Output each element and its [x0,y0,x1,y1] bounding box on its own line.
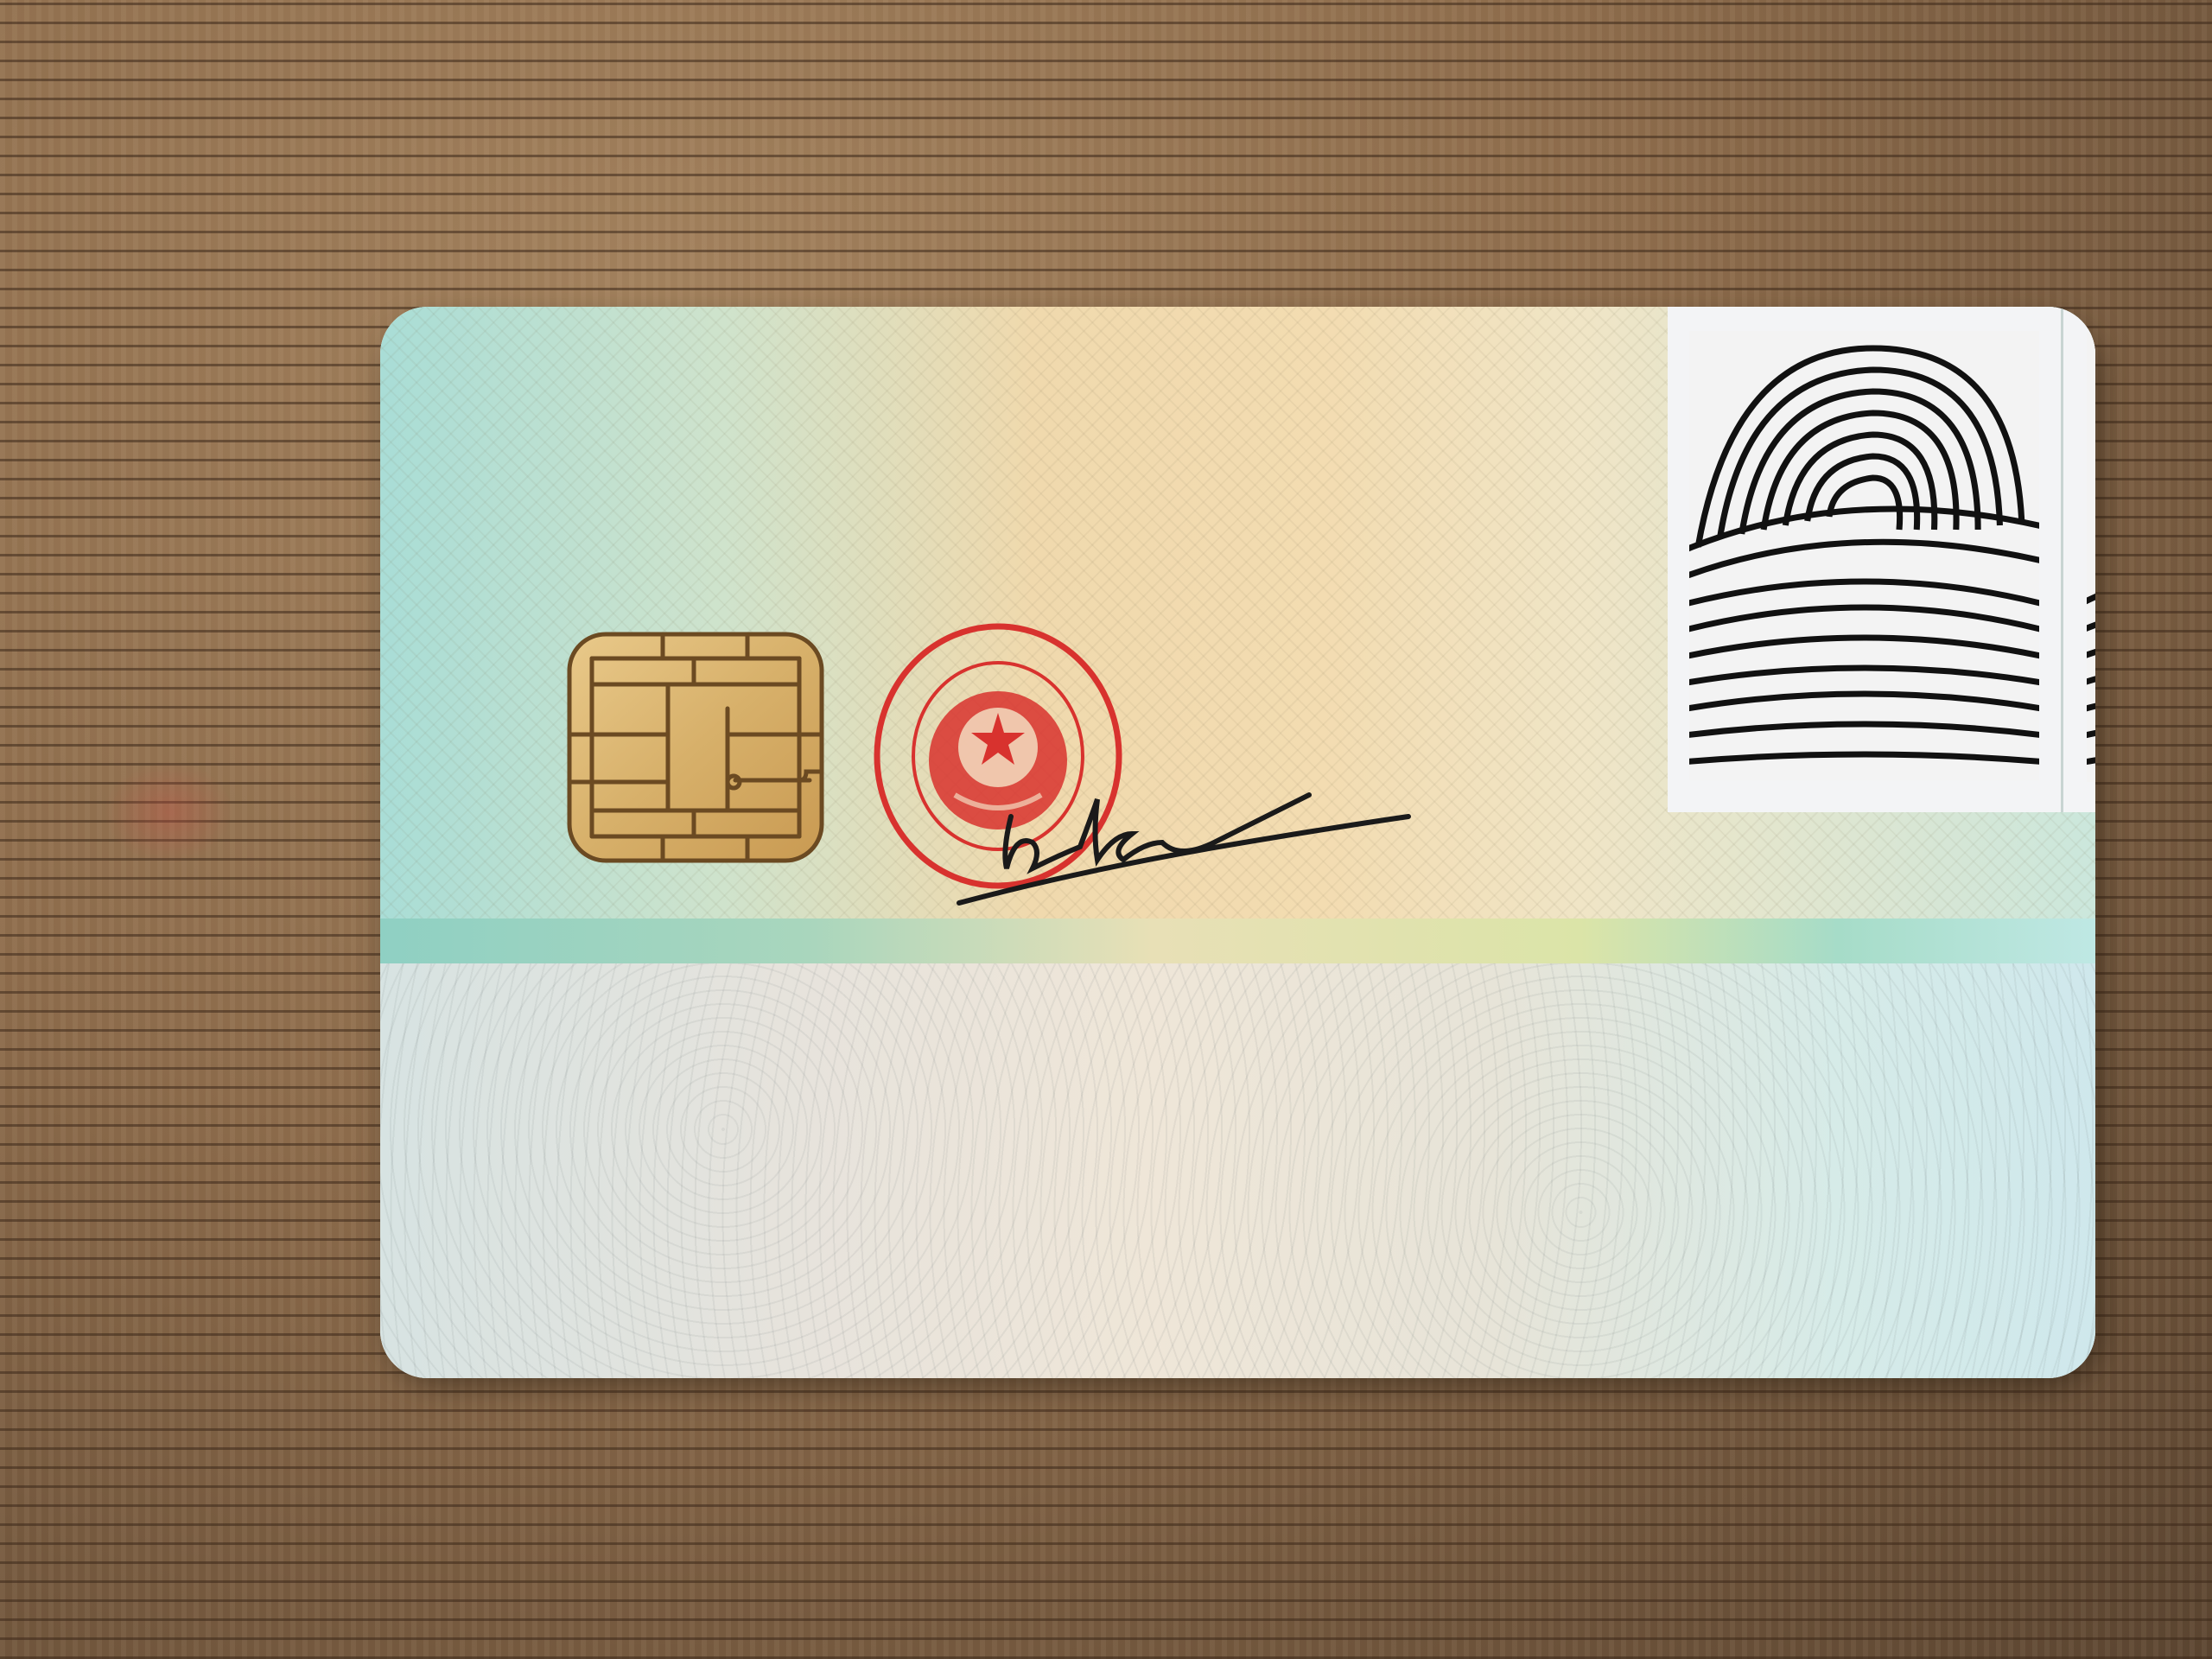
band-microtext [380,946,2095,957]
left-index-fingerprint-image [1689,331,2039,780]
holographic-band [380,918,2095,963]
card-guilloche-bottom [380,963,2095,1378]
right-index-fingerprint-image [2087,333,2095,782]
smart-chip-icon [566,631,825,864]
fingerprint-divider [2061,307,2063,812]
signature-icon [899,773,1417,912]
carpet-stain [104,760,233,864]
id-card-back [380,307,2095,1378]
